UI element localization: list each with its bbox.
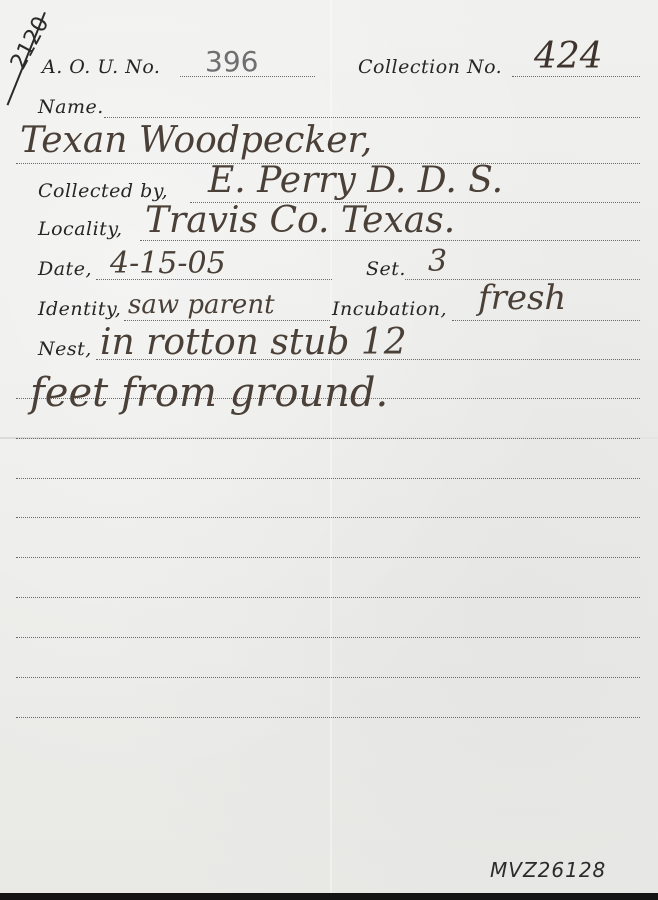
name-label: Name. (38, 96, 104, 118)
set-label: Set. (366, 258, 406, 280)
collection-label: Collection No. (358, 56, 502, 78)
nest-label: Nest, (38, 338, 92, 360)
blank-line-4 (16, 557, 640, 558)
blank-line-7 (16, 677, 640, 678)
blank-line-1 (16, 438, 640, 439)
incubation-label: Incubation, (332, 298, 447, 320)
blank-line-2 (16, 478, 640, 479)
name-line-1 (104, 117, 640, 118)
identity-label: Identity, (38, 298, 121, 320)
date-value: 4-15-05 (110, 246, 226, 281)
blank-line-8 (16, 717, 640, 718)
blank-line-5 (16, 597, 640, 598)
catalog-number: MVZ26128 (490, 858, 606, 882)
aou-label: A. O. U. No. (42, 56, 160, 78)
incubation-value: fresh (478, 278, 566, 318)
collection-value: 424 (534, 36, 603, 77)
blank-line-6 (16, 637, 640, 638)
collected-by-value: E. Perry D. D. S. (208, 160, 503, 201)
nest-value-line-1: in rotton stub 12 (100, 322, 407, 363)
set-value: 3 (428, 244, 447, 279)
name-value: Texan Woodpecker, (20, 120, 372, 161)
scan-border (0, 893, 658, 900)
identity-value: saw parent (128, 290, 275, 320)
date-label: Date, (38, 258, 92, 280)
identity-line (124, 320, 330, 321)
aou-value: 396 (205, 45, 258, 78)
nest-value-line-2: feet from ground. (30, 370, 388, 416)
locality-label: Locality, (38, 218, 123, 240)
egg-specimen-card: 2120 A. O. U. No. 396 Collection No. 424… (0, 0, 658, 893)
locality-value: Travis Co. Texas. (145, 200, 455, 241)
blank-line-3 (16, 517, 640, 518)
incubation-line (452, 320, 640, 321)
collected-by-label: Collected by, (38, 180, 168, 202)
